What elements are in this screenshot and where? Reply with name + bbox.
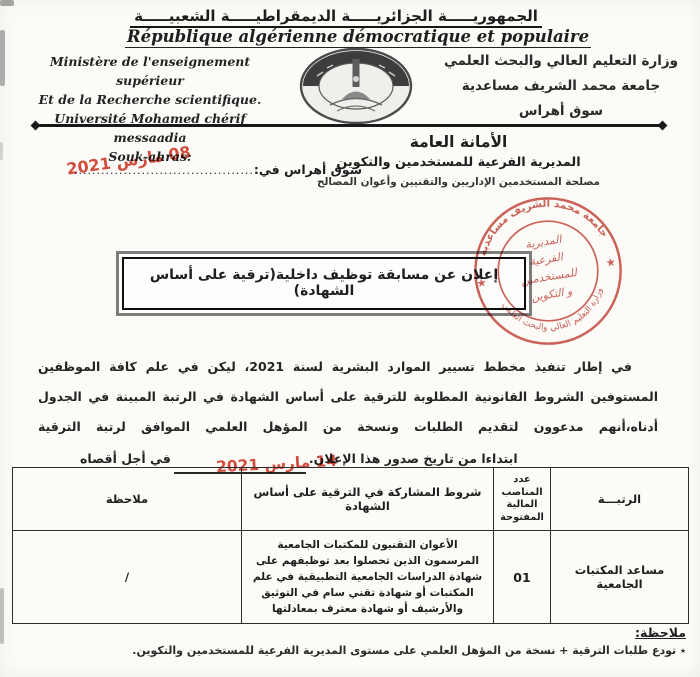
scan-smudge — [0, 588, 4, 644]
ministry-fr-line-2: Et de la Recherche scientifique. — [16, 90, 284, 109]
cell-rank: مساعد المكتبات الجامعية — [551, 531, 689, 624]
ministry-ar-line-2: جامعة محمد الشريف مساعدية — [426, 74, 696, 99]
cell-conditions: الأعوان التقنيون للمكتبات الجامعية المرس… — [242, 531, 494, 624]
table-header-row: الرتبـــة عدد المناصب المالية المفتوحة ش… — [13, 468, 689, 531]
republic-title-arabic-text: الجمهوريـــــة الجزائريـــــة الديمقراطي… — [130, 7, 542, 28]
ministry-ar-line-3: سوق أهراس — [426, 99, 696, 124]
place-date-label: سوق أهراس في: — [254, 162, 362, 177]
scanned-document-page: الجمهوريـــــة الجزائريـــــة الديمقراطي… — [0, 0, 700, 677]
footer-note-title: ملاحظة: — [132, 625, 686, 640]
administration-block: الأمانة العامة المديرية الفرعية للمستخدم… — [317, 133, 600, 188]
body-paragraph: في إطار تنفيذ مخطط تسيير الموارد البشرية… — [38, 352, 658, 442]
header-divider-line — [34, 124, 664, 127]
ministry-fr-line-3: Université Mohamed chérif messaadia — [16, 109, 284, 147]
stamp-center-line-2: الفرعية — [529, 250, 566, 268]
cell-open-positions: 01 — [494, 531, 551, 624]
positions-table-wrap: الرتبـــة عدد المناصب المالية المفتوحة ش… — [12, 467, 688, 624]
header-rank: الرتبـــة — [551, 468, 689, 531]
positions-table: الرتبـــة عدد المناصب المالية المفتوحة ش… — [12, 467, 689, 624]
stamp-star-left-icon: ★ — [475, 275, 487, 290]
table-row: مساعد المكتبات الجامعية 01 الأعوان التقن… — [13, 531, 689, 624]
header-open-positions: عدد المناصب المالية المفتوحة — [494, 468, 551, 531]
university-seal-icon — [297, 46, 415, 126]
stamp-star-right-icon: ★ — [604, 255, 616, 270]
republic-title-french-text: République algérienne démocratique et po… — [125, 27, 591, 48]
republic-title-french: République algérienne démocratique et po… — [0, 27, 700, 48]
body-text: في إطار تنفيذ مخطط تسيير الموارد البشرية… — [38, 352, 658, 474]
general-secretariat-title: الأمانة العامة — [317, 133, 600, 151]
header-remark: ملاحظة — [13, 468, 242, 531]
ministry-fr-line-1: Ministère de l'enseignement supérieur — [16, 52, 284, 90]
stamp-center-line-1: المديرية — [524, 232, 564, 251]
red-round-stamp: جامعة محمد الشريف مساعدية وزارة التعليم … — [446, 175, 650, 367]
republic-title-arabic: الجمهوريـــــة الجزائريـــــة الديمقراطي… — [0, 6, 700, 28]
stamp-center-line-4: و التكوين — [530, 285, 573, 304]
cell-remark: / — [13, 531, 242, 624]
footer-note: ملاحظة: ٭ تودع طلبات الترقية + نسخة من ا… — [132, 625, 686, 657]
header-conditions: شروط المشاركة في الترقية على أساس الشهاد… — [242, 468, 494, 531]
footer-note-text: ٭ تودع طلبات الترقية + نسخة من المؤهل ال… — [132, 644, 686, 657]
ministry-ar-line-1: وزارة التعليم العالي والبحث العلمي — [426, 49, 696, 74]
ministry-block-arabic: وزارة التعليم العالي والبحث العلمي جامعة… — [426, 49, 696, 124]
scan-smudge — [0, 142, 3, 160]
